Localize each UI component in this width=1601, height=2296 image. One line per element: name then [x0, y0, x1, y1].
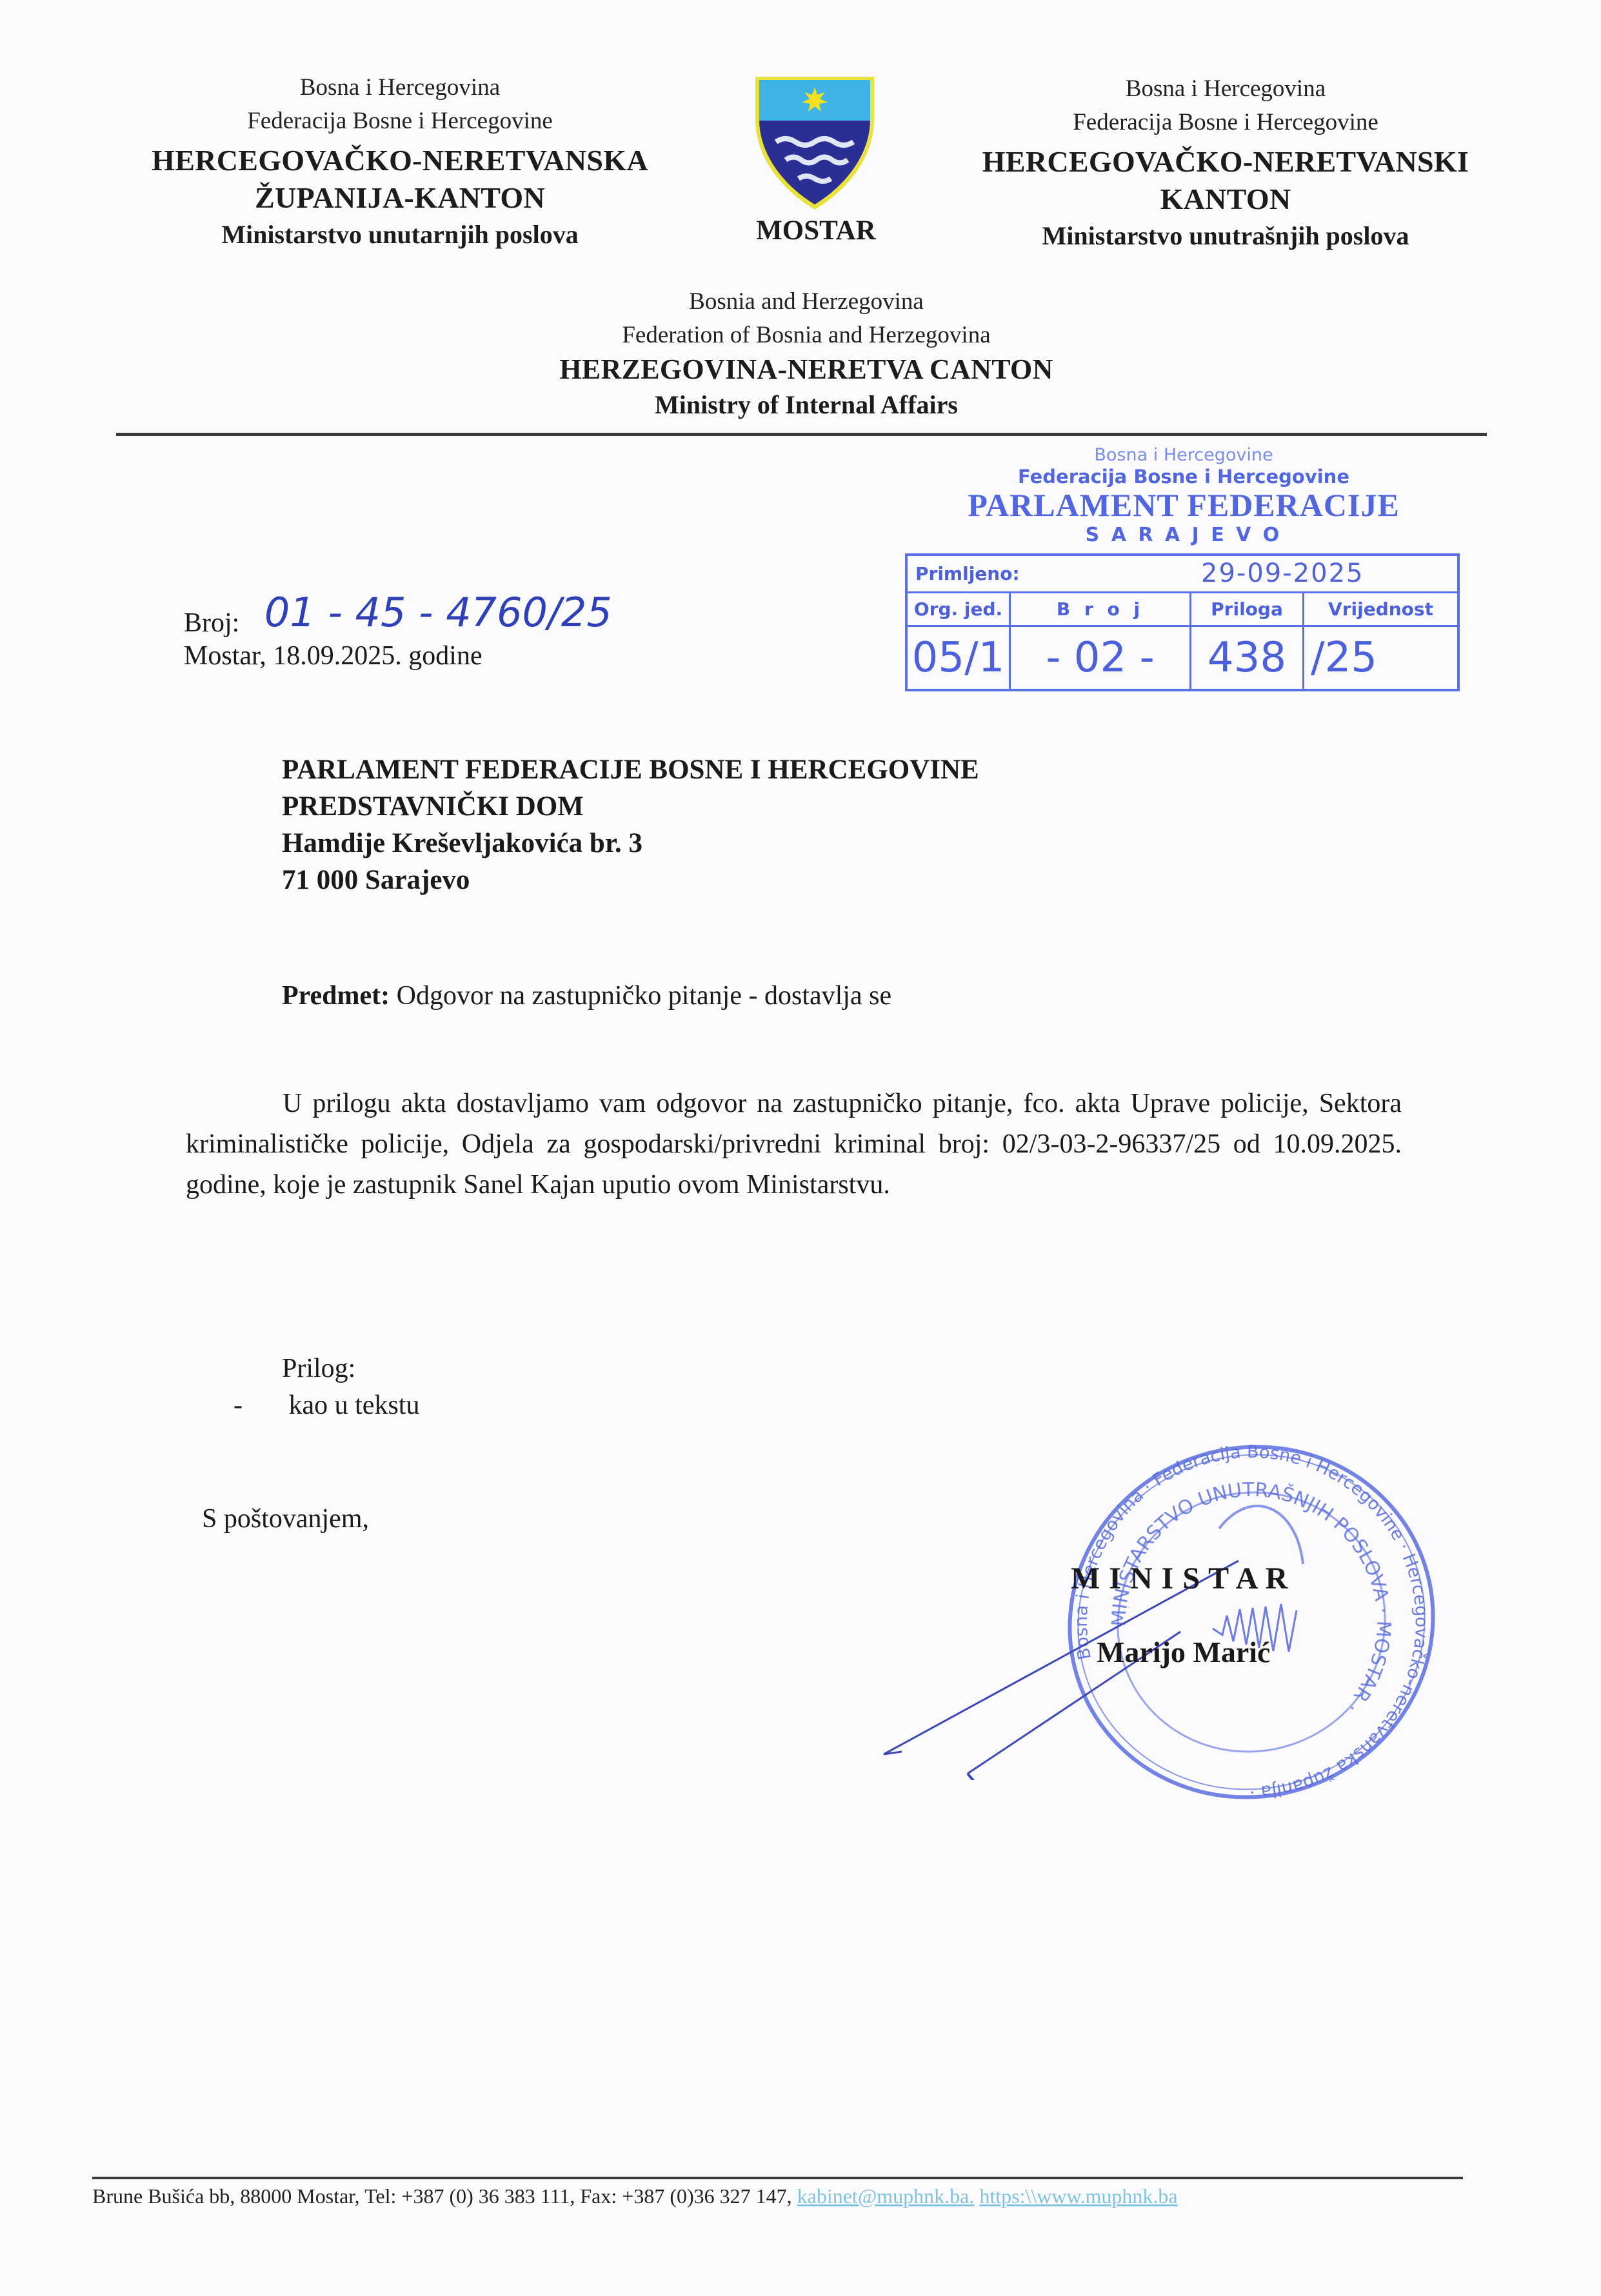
subject-text: Odgovor na zastupničko pitanje - dostavl…: [397, 981, 891, 1011]
header-english-block: Bosnia and Herzegovina Federation of Bos…: [452, 285, 1161, 423]
header-right-federation: Federacija Bosne i Hercegovine: [942, 106, 1509, 139]
coat-of-arms-icon: [750, 74, 879, 213]
stamp-country: Bosna i Hercegovine: [900, 445, 1467, 465]
stamp-val-vrijednost: /25: [1304, 626, 1459, 690]
attachment-item-text: kao u tekstu: [289, 1390, 420, 1420]
signatory-name: Marijo Marić: [1097, 1635, 1270, 1669]
header-divider: [116, 433, 1487, 436]
header-english-ministry: Ministry of Internal Affairs: [452, 387, 1161, 423]
header-left-country: Bosna i Hercegovina: [116, 71, 684, 104]
recipient-department: PREDSTAVNIČKI DOM: [282, 788, 979, 825]
stamp-received-date: 29-09-2025: [1201, 559, 1364, 588]
recipient-block: PARLAMENT FEDERACIJE BOSNE I HERCEGOVINE…: [282, 751, 979, 898]
stamp-parliament: PARLAMENT FEDERACIJE: [900, 486, 1467, 524]
reference-number-value: 01 - 45 - 4760/25: [264, 589, 612, 636]
stamp-city: S A R A J E V O: [900, 524, 1467, 546]
stamp-col-broj: B r o j: [1010, 592, 1191, 626]
footer-email-link[interactable]: kabinet@muphnk.ba.: [797, 2184, 975, 2208]
header-right-country: Bosna i Hercegovina: [942, 72, 1509, 106]
body-paragraph: U prilogu akta dostavljamo vam odgovor n…: [186, 1084, 1402, 1205]
header-left-federation: Federacija Bosne i Hercegovine: [116, 104, 684, 138]
header-right-canton-2: KANTON: [942, 181, 1509, 218]
stamp-federation: Federacija Bosne i Hercegovine: [900, 466, 1467, 488]
recipient-street: Hamdije Kreševljakovića br. 3: [282, 825, 979, 862]
subject-label: Predmet:: [282, 981, 390, 1011]
header-city: MOSTAR: [722, 213, 910, 249]
header-right-ministry: Ministarstvo unutrašnjih poslova: [942, 218, 1509, 254]
stamp-col-vrijednost: Vrijednost: [1304, 592, 1459, 626]
footer-website-link[interactable]: https:\\www.muphnk.ba: [979, 2184, 1177, 2208]
header-right-block: Bosna i Hercegovina Federacija Bosne i H…: [942, 72, 1509, 254]
footer-contact: Brune Bušića bb, 88000 Mostar, Tel: +387…: [92, 2182, 1178, 2210]
stamp-col-org: Org. jed.: [906, 592, 1010, 626]
header-left-canton-2: ŽUPANIJA-KANTON: [116, 179, 684, 217]
header-right-canton: HERCEGOVAČKO-NERETVANSKI: [942, 143, 1509, 181]
footer-divider: [92, 2177, 1463, 2179]
header-left-block: Bosna i Hercegovina Federacija Bosne i H…: [116, 71, 684, 253]
recipient-name: PARLAMENT FEDERACIJE BOSNE I HERCEGOVINE: [282, 751, 979, 788]
subject-line: Predmet: Odgovor na zastupničko pitanje …: [282, 975, 891, 1017]
reference-number-label: Broj:: [184, 608, 239, 638]
receipt-stamp: Bosna i Hercegovine Federacija Bosne i H…: [900, 444, 1467, 702]
stamp-register-table: Primljeno: 29-09-2025 Org. jed. B r o j …: [905, 553, 1460, 691]
stamp-received-label: Primljeno:: [915, 563, 1020, 584]
header-english-canton: HERZEGOVINA-NERETVA CANTON: [452, 352, 1161, 387]
stamp-val-priloga: 438: [1191, 626, 1304, 690]
stamp-col-priloga: Priloga: [1191, 592, 1304, 626]
header-left-ministry: Ministarstvo unutarnjih poslova: [116, 217, 684, 253]
header-english-country: Bosnia and Herzegovina: [452, 285, 1161, 319]
footer-address: Brune Bušića bb, 88000 Mostar, Tel: +387…: [92, 2184, 797, 2208]
signatory-title: M I N I S T A R: [1071, 1561, 1288, 1596]
attachment-bullet: -: [234, 1385, 282, 1427]
recipient-city: 71 000 Sarajevo: [282, 862, 979, 898]
attachment-label: Prilog:: [282, 1348, 355, 1390]
place-date: Mostar, 18.09.2025. godine: [184, 635, 482, 677]
header-left-canton: HERCEGOVAČKO-NERETVANSKA: [116, 142, 684, 179]
stamp-val-broj: - 02 -: [1010, 626, 1191, 690]
stamp-received-row: Primljeno: 29-09-2025: [906, 555, 1458, 592]
stamp-val-org: 05/1: [906, 626, 1010, 690]
attachment-item: - kao u tekstu: [234, 1385, 419, 1427]
header-english-federation: Federation of Bosnia and Herzegovina: [452, 319, 1161, 352]
closing-salutation: S poštovanjem,: [202, 1498, 369, 1540]
